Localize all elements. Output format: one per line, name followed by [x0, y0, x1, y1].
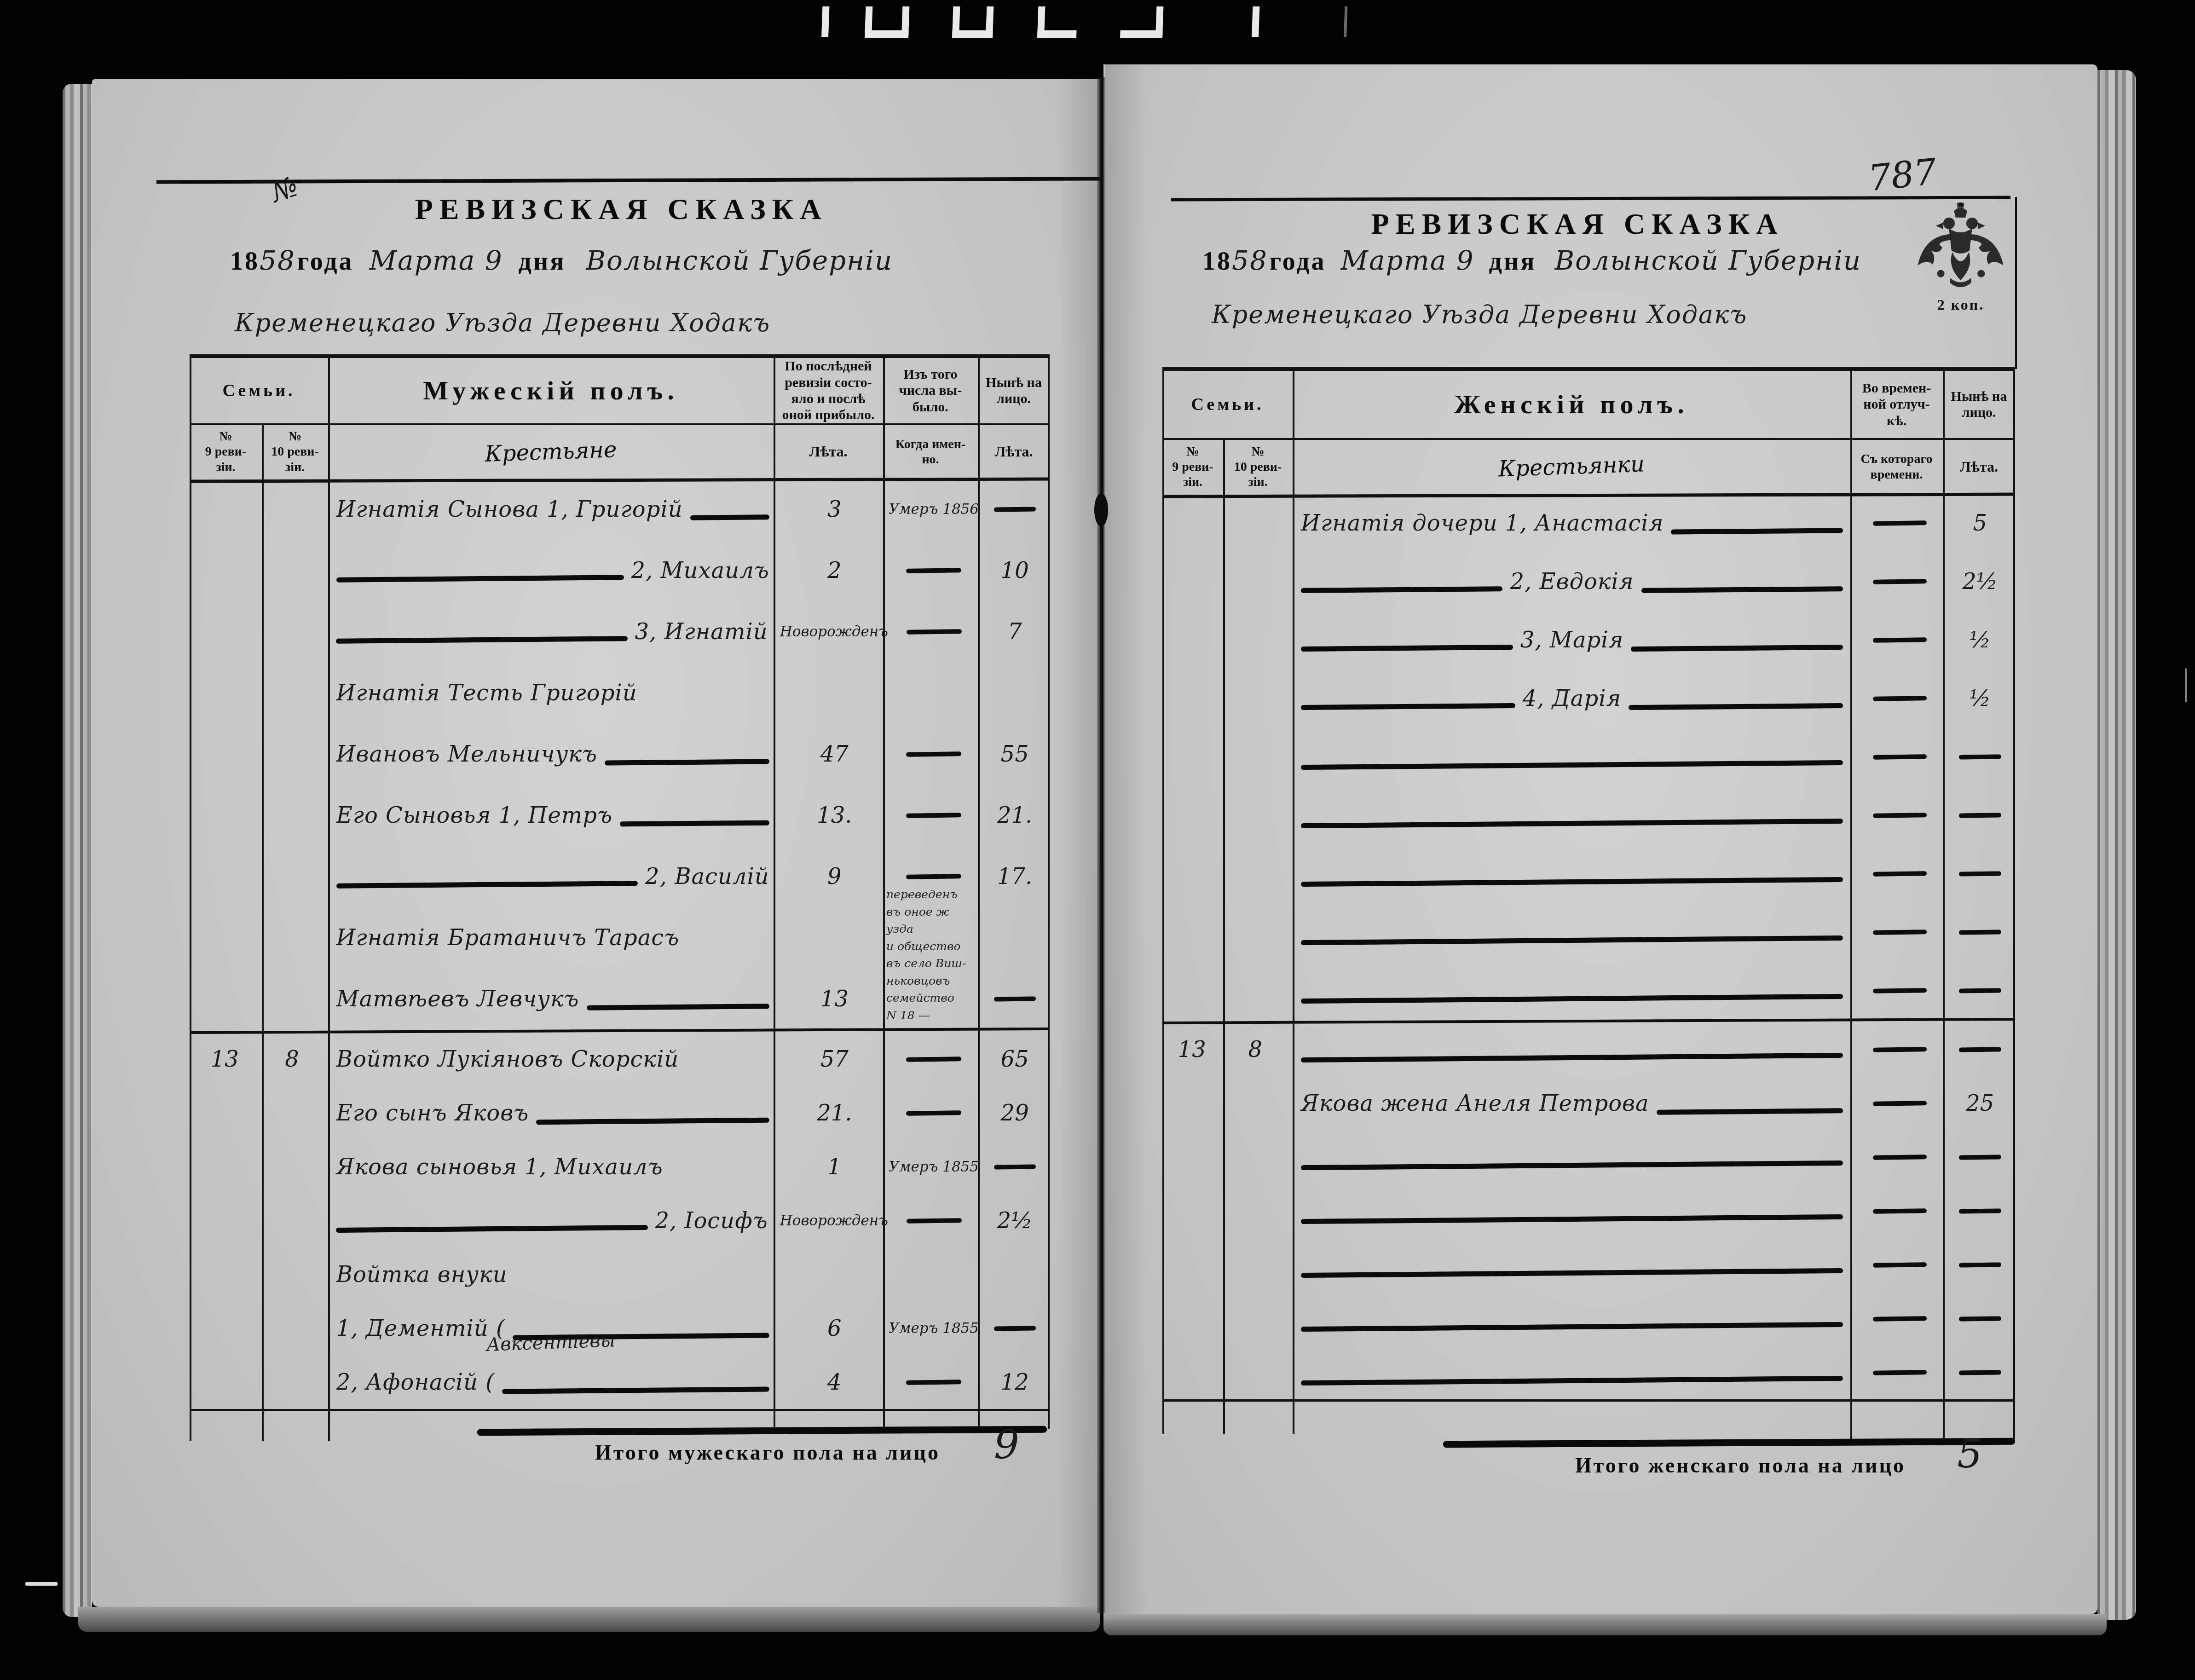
- cell-name: [1289, 1184, 1855, 1238]
- cell-name: [1289, 727, 1855, 786]
- cell-rev9: [190, 1301, 260, 1355]
- book-page-edges-right: [2097, 70, 2136, 1620]
- cell-rev10: [1221, 727, 1289, 786]
- header-absence: Во времен- ной отлуч- кѣ.: [1850, 371, 1943, 438]
- hand-dash: [906, 568, 961, 573]
- value-text: 17.: [997, 864, 1032, 889]
- hand-rule: [502, 1386, 769, 1394]
- cell-age_prev: 13.: [781, 785, 888, 846]
- hand-rule: [690, 514, 769, 520]
- cell-departed: [888, 1194, 980, 1247]
- cell-rev9: [1162, 552, 1221, 611]
- cell-departed: [888, 723, 980, 785]
- name-text: Якова сыновья 1, Михаилъ: [336, 1154, 663, 1180]
- header-rev10: № 10 реви- зіи.: [1223, 440, 1293, 494]
- cell-name: Игнатія дочери 1, Анастасія: [1289, 494, 1855, 552]
- hand-dash: [1873, 1316, 1927, 1322]
- record-row: [1162, 1345, 2015, 1399]
- cell-rev10: [260, 968, 324, 1029]
- printed-day-word: дня: [1489, 247, 1536, 276]
- cell-age_now: [980, 1140, 1050, 1194]
- record-row: [1162, 1130, 2015, 1184]
- header-age-now: Лѣта.: [978, 425, 1050, 479]
- cell-age_prev: [781, 662, 888, 723]
- cell-rev10: [1221, 844, 1289, 903]
- record-row: [1162, 727, 2015, 786]
- right-page: 787 РЕВИЗСКАЯ СКАЗКА 1858 года Марта 9 д…: [1103, 64, 2097, 1614]
- film-counter-digit-segment: [1037, 30, 1077, 38]
- hand-dash: [1873, 1262, 1927, 1268]
- value-text: 13: [211, 1046, 239, 1072]
- hand-rule: [1301, 586, 1503, 593]
- book-page-edges-bottom: [1103, 1614, 2107, 1635]
- cell-departed: Умеръ 1856: [888, 479, 980, 540]
- cell-age_now: ½: [1945, 669, 2015, 727]
- hand-rule: [1641, 586, 1843, 593]
- cell-departed: [888, 1247, 980, 1301]
- cell-since: [1855, 669, 1945, 727]
- cell-rev10: [1221, 1345, 1289, 1399]
- cell-name: Якова жена Анеля Петрова: [1289, 1076, 1855, 1130]
- cell-name: [1289, 1292, 1855, 1345]
- cell-departed: Умеръ 1855: [888, 1140, 980, 1194]
- hand-dash: [1959, 871, 2001, 876]
- hand-dash: [1873, 1208, 1927, 1214]
- record-row: [1162, 1184, 2015, 1238]
- cell-name: [1289, 1022, 1855, 1076]
- table-line: [190, 354, 1050, 358]
- hand-rule: [1301, 1322, 1843, 1332]
- value-text: 25: [1966, 1091, 1994, 1116]
- record-row: Игнатія дочери 1, Анастасія5: [1162, 494, 2015, 552]
- cell-age_now: [1945, 1184, 2015, 1238]
- name-text: 1, Дементій (: [336, 1316, 505, 1341]
- cell-rev10: [1221, 1292, 1289, 1345]
- cell-rev9: [190, 1140, 260, 1194]
- cell-rev9: [190, 1247, 260, 1301]
- value-text: 47: [820, 741, 849, 767]
- cell-age_now: 17.: [980, 846, 1050, 907]
- cell-rev10: [1221, 494, 1289, 552]
- date-line: 1858 года Марта 9 дня Волынской Губерніи: [230, 245, 893, 276]
- header-present: Нынѣ на лицо.: [978, 358, 1050, 423]
- cell-age_prev: 21.: [781, 1086, 888, 1140]
- value-text: 12: [1001, 1369, 1029, 1395]
- male-revision-table: Семьи. Мужескій полъ. По послѣдней ревиз…: [190, 354, 1050, 1409]
- cell-rev10: [1221, 611, 1289, 669]
- hand-dash: [1959, 1370, 2001, 1375]
- hand-rule: [1301, 1214, 1843, 1224]
- cell-age_now: 7: [980, 601, 1050, 662]
- film-counter-digit-segment: [1252, 6, 1259, 37]
- hand-rule: [1301, 760, 1843, 770]
- name-text: Матвѣевъ Левчукъ: [336, 986, 579, 1012]
- hand-rule: [1657, 1108, 1843, 1115]
- cell-departed: [888, 601, 980, 662]
- book-page-edges-bottom: [78, 1607, 1100, 1632]
- cell-rev9: [1162, 1345, 1221, 1399]
- cell-rev10: [1221, 786, 1289, 844]
- cell-age_now: 2½: [1945, 552, 2015, 611]
- header-family: Семьи.: [190, 358, 328, 423]
- hand-dash: [906, 874, 961, 879]
- header-since: Съ котораго времени.: [1850, 440, 1943, 494]
- top-rule: [156, 177, 1100, 184]
- cell-rev10: [1221, 1238, 1289, 1292]
- imperial-eagle-stamp: 2 коп.: [1911, 199, 2010, 305]
- cell-age_prev: 9: [781, 846, 888, 907]
- name-text: 2, Іосифъ: [655, 1208, 768, 1234]
- record-row: 3, ИгнатійНоворожденъ7: [190, 601, 1050, 662]
- cell-since: [1855, 1238, 1945, 1292]
- name-text: Его Сыновья 1, Петръ: [336, 802, 612, 828]
- value-text: 4: [827, 1369, 842, 1395]
- cell-age_prev: 57: [781, 1032, 888, 1086]
- name-text: Якова жена Анеля Петрова: [1301, 1091, 1649, 1116]
- cell-name: 3, Марія: [1289, 611, 1855, 669]
- cell-since: [1855, 961, 1945, 1020]
- total-rule: [1443, 1438, 2015, 1448]
- record-row: Его сынъ Яковъ21.29: [190, 1086, 1050, 1140]
- cell-rev9: [190, 723, 260, 785]
- hand-dash: [1873, 696, 1927, 701]
- written-month-day: Марта 9: [370, 245, 503, 276]
- cell-age_now: 5: [1945, 494, 2015, 552]
- cell-since: [1855, 611, 1945, 669]
- hand-dash: [1873, 1155, 1927, 1160]
- record-row: Его Сыновья 1, Петръ13.21.: [190, 785, 1050, 846]
- value-text: 8: [285, 1046, 299, 1072]
- cell-departed: [888, 540, 980, 601]
- hand-dash: [906, 1056, 961, 1062]
- cell-since: [1855, 786, 1945, 844]
- record-row: Игнатія Тесть Григорій: [190, 662, 1050, 723]
- cell-name: 4, Дарія: [1289, 669, 1855, 727]
- hand-dash: [1873, 1370, 1927, 1375]
- cell-rev9: [1162, 903, 1221, 961]
- record-row: 2, Михаилъ210: [190, 540, 1050, 601]
- record-row: 3, Марія½: [1162, 611, 2015, 669]
- table-line: [1162, 367, 2015, 371]
- hand-dash: [906, 751, 961, 757]
- hand-rule: [336, 1225, 648, 1233]
- cell-rev9: [190, 479, 260, 540]
- value-text: 7: [1008, 619, 1022, 645]
- name-text: Войтко Лукіяновъ Скорскій: [336, 1046, 679, 1072]
- table-line: [1162, 1399, 2015, 1402]
- cell-name: Игнатія Тесть Григорій: [324, 662, 781, 723]
- hand-rule: [336, 636, 628, 644]
- cell-age_now: [1945, 786, 2015, 844]
- header-rev9: № 9 реви- зіи.: [1162, 440, 1223, 494]
- name-text: Ивановъ Мельничукъ: [336, 741, 597, 767]
- cell-rev10: [260, 1086, 324, 1140]
- value-text: 3: [827, 496, 842, 522]
- record-row: [1162, 1238, 2015, 1292]
- cell-age_prev: Новорожденъ: [780, 1194, 888, 1247]
- hand-rule: [1301, 1376, 1843, 1386]
- film-counter-marks: [821, 6, 1361, 43]
- header-age-now: Лѣта.: [1943, 440, 2015, 494]
- hand-dash: [907, 629, 962, 635]
- cell-rev10: [260, 785, 324, 846]
- hand-rule: [1301, 1268, 1843, 1278]
- value-text: 2½: [997, 1208, 1033, 1234]
- cell-age_now: [1945, 1238, 2015, 1292]
- value-text: 55: [1001, 741, 1029, 767]
- cell-name: Ивановъ Мельничукъ: [324, 723, 781, 785]
- printed-year-word: года: [1270, 247, 1326, 276]
- patronymic-bracket-label: Авксентіевы: [486, 1330, 616, 1356]
- cell-rev10: [260, 540, 324, 601]
- location-line: Кременецкаго Уѣзда Деревни Ходакъ: [1212, 300, 1747, 329]
- cell-rev9: [1162, 727, 1221, 786]
- hand-rule: [1301, 994, 1843, 1004]
- transfer-note: переведенъ въ оное ж узда и общество въ …: [886, 886, 978, 1024]
- cell-since: [1855, 494, 1945, 552]
- hand-dash: [1959, 1262, 2001, 1267]
- name-text: 3, Марія: [1520, 627, 1624, 653]
- hand-dash: [1873, 637, 1927, 643]
- cell-rev10: [260, 1301, 324, 1355]
- film-scratch: [25, 1582, 58, 1586]
- hand-rule: [1301, 935, 1843, 945]
- hand-dash: [906, 1110, 961, 1116]
- hand-dash: [1959, 754, 2001, 759]
- header-estate-handwritten: Крестьяне: [327, 417, 774, 486]
- cell-age_now: [980, 968, 1050, 1029]
- cell-since: [1855, 844, 1945, 903]
- cell-rev10: [260, 479, 324, 540]
- cell-rev10: [260, 723, 324, 785]
- header-estate-handwritten: Крестьянки: [1292, 430, 1851, 503]
- hand-dash: [1959, 1208, 2001, 1213]
- hand-dash: [1873, 988, 1927, 993]
- cell-rev10: [260, 1247, 324, 1301]
- hand-dash: [906, 1380, 961, 1385]
- value-text: 9: [827, 864, 842, 889]
- hand-dash: [1959, 1047, 2001, 1052]
- header-age-prev: Лѣта.: [774, 425, 883, 479]
- cell-rev10: [1221, 1184, 1289, 1238]
- cell-rev9: [190, 540, 260, 601]
- value-text: 13: [820, 986, 849, 1012]
- book-gutter: [1094, 493, 1108, 526]
- cell-rev9: [1162, 1184, 1221, 1238]
- value-text: ½: [1969, 686, 1991, 711]
- hand-dash: [1959, 813, 2001, 818]
- written-year: 58: [1232, 245, 1268, 276]
- cell-name: Игнатія Сынова 1, Григорій: [324, 479, 781, 540]
- printed-year-word: года: [297, 247, 354, 276]
- cell-rev10: 8: [260, 1032, 324, 1086]
- value-text: 13: [1178, 1037, 1206, 1062]
- cell-name: [1289, 786, 1855, 844]
- cell-age_prev: 4: [781, 1355, 888, 1409]
- header-rev9: № 9 реви- зіи.: [190, 425, 262, 479]
- hand-rule: [1301, 645, 1513, 652]
- cell-age_prev: [781, 1247, 888, 1301]
- hand-rule: [1301, 877, 1843, 887]
- film-counter-digit-segment: [1120, 30, 1163, 38]
- cell-name: Игнатія Братаничъ Тарасъ: [324, 907, 781, 968]
- cell-age_now: [1945, 844, 2015, 903]
- cell-rev9: [190, 785, 260, 846]
- cell-rev10: [260, 1355, 324, 1409]
- header-male-sex: Мужескій полъ.: [328, 358, 774, 423]
- film-counter-digit-segment: [865, 30, 909, 38]
- record-row: [1162, 961, 2015, 1020]
- cell-name: [1289, 1238, 1855, 1292]
- cell-rev9: [1162, 1076, 1221, 1130]
- cell-rev10: [1221, 1076, 1289, 1130]
- hand-rule: [1671, 528, 1843, 534]
- record-row: Якова жена Анеля Петрова25: [1162, 1076, 2015, 1130]
- cell-age_now: [1945, 961, 2015, 1020]
- cell-rev9: [190, 1355, 260, 1409]
- cell-age_now: 21.: [980, 785, 1050, 846]
- cell-name: Матвѣевъ Левчукъ: [324, 968, 781, 1029]
- hand-rule: [1301, 1160, 1843, 1170]
- cell-since: [1855, 1076, 1945, 1130]
- name-text: 2, Михаилъ: [631, 558, 769, 583]
- written-month-day: Марта 9: [1341, 245, 1474, 276]
- cell-rev9: [190, 662, 260, 723]
- value-text: 8: [1248, 1037, 1262, 1062]
- hand-dash: [1873, 871, 1927, 877]
- hand-rule: [336, 575, 624, 582]
- record-row: [1162, 1292, 2015, 1345]
- cell-age_now: [1945, 903, 2015, 961]
- cell-name: 2, Афонасій (: [324, 1355, 781, 1409]
- gutter-shadow: [1058, 79, 1099, 1607]
- hand-dash: [1873, 1101, 1927, 1106]
- header-departed: Изъ того числа вы- было.: [883, 358, 978, 423]
- cell-rev9: 13: [190, 1032, 260, 1086]
- record-row: Войтка внуки: [190, 1247, 1050, 1301]
- total-value: 9: [994, 1422, 1019, 1468]
- hand-rule: [587, 1004, 769, 1010]
- header-female-sex: Женскій полъ.: [1293, 371, 1850, 438]
- cell-name: [1289, 1130, 1855, 1184]
- hand-dash: [994, 507, 1036, 512]
- value-text: 65: [1001, 1046, 1029, 1072]
- cell-rev10: [260, 1194, 324, 1247]
- hand-rule: [1301, 703, 1515, 710]
- cell-departed: [888, 785, 980, 846]
- cell-name: Войтко Лукіяновъ Скорскій: [324, 1032, 781, 1086]
- cell-age_prev: Новорожденъ: [780, 601, 888, 662]
- hand-rule: [1631, 645, 1843, 652]
- cell-rev9: [1162, 611, 1221, 669]
- stamp-denomination: 2 коп.: [1915, 296, 2007, 313]
- printed-year-prefix: 18: [1202, 247, 1232, 276]
- left-page: № РЕВИЗСКАЯ СКАЗКА 1858 года Марта 9 дня…: [92, 79, 1100, 1607]
- cell-rev9: [190, 1086, 260, 1140]
- name-text: 4, Дарія: [1523, 686, 1622, 711]
- hand-dash: [1873, 929, 1927, 935]
- cell-name: Его Сыновья 1, Петръ: [324, 785, 781, 846]
- record-row: 2, Евдокія2½: [1162, 552, 2015, 611]
- header-rev10: № 10 реви- зіи.: [262, 425, 328, 479]
- cell-name: Войтка внуки: [324, 1247, 781, 1301]
- page-number: 787: [1866, 151, 1939, 199]
- cell-name: 2, Василій: [324, 846, 781, 907]
- cell-name: [1289, 844, 1855, 903]
- cell-rev9: [1162, 1238, 1221, 1292]
- cell-rev9: [1162, 669, 1221, 727]
- cell-age_now: [980, 1247, 1050, 1301]
- cell-departed: [888, 1032, 980, 1086]
- cell-name: Якова сыновья 1, Михаилъ: [324, 1140, 781, 1194]
- name-text: Игнатія Братаничъ Тарасъ: [336, 925, 680, 951]
- cell-rev9: [190, 1194, 260, 1247]
- record-row: Ивановъ Мельничукъ4755: [190, 723, 1050, 785]
- cell-name: [1289, 961, 1855, 1020]
- record-row: 138Войтко Лукіяновъ Скорскій5765: [190, 1032, 1050, 1086]
- cell-since: [1855, 1130, 1945, 1184]
- record-row: [1162, 786, 2015, 844]
- record-row: 138: [1162, 1022, 2015, 1076]
- name-text: 2, Афонасій (: [336, 1369, 495, 1395]
- hand-dash: [1873, 1047, 1927, 1052]
- cell-age_now: 65: [980, 1032, 1050, 1086]
- hand-rule: [1629, 703, 1843, 710]
- record-row: [1162, 844, 2015, 903]
- film-scratch: [2185, 668, 2187, 702]
- film-counter-digit-segment: [952, 30, 993, 38]
- cell-age_prev: 47: [781, 723, 888, 785]
- cell-rev9: [1162, 1292, 1221, 1345]
- cell-since: [1855, 1292, 1945, 1345]
- header-family: Семьи.: [1162, 371, 1293, 438]
- value-text: Умеръ 1855: [889, 1320, 979, 1337]
- cell-rev9: [1162, 961, 1221, 1020]
- hand-dash: [1873, 520, 1927, 526]
- cell-age_now: 10: [980, 540, 1050, 601]
- value-text: 2: [827, 558, 842, 583]
- name-text: Его сынъ Яковъ: [336, 1100, 529, 1126]
- page-title: РЕВИЗСКАЯ СКАЗКА: [1232, 207, 1923, 241]
- cell-departed: [888, 1355, 980, 1409]
- total-label: Итого женскаго пола на лицо: [1501, 1453, 1980, 1478]
- cell-age_now: [980, 1301, 1050, 1355]
- frame-right-line: [2015, 197, 2017, 369]
- hand-dash: [1873, 579, 1927, 584]
- cell-age_prev: 13: [781, 968, 888, 1029]
- page-title: РЕВИЗСКАЯ СКАЗКА: [276, 192, 966, 226]
- hand-dash: [906, 813, 961, 818]
- total-label: Итого мужескаго пола на лицо: [528, 1440, 1007, 1465]
- record-row: 4, Дарія½: [1162, 669, 2015, 727]
- cell-rev9: 13: [1162, 1022, 1221, 1076]
- hand-rule: [336, 881, 638, 889]
- record-row: Игнатія Сынова 1, Григорій3Умеръ 1856: [190, 479, 1050, 540]
- name-text: Игнатія Сынова 1, Григорій: [336, 496, 683, 522]
- written-region: Волынской Губерніи: [1554, 245, 1861, 276]
- film-counter-digit-segment: [821, 6, 829, 37]
- cell-since: [1855, 1345, 1945, 1399]
- value-text: 21.: [997, 802, 1032, 828]
- cell-age_now: ½: [1945, 611, 2015, 669]
- name-text: Игнатія Тесть Григорій: [336, 680, 637, 706]
- cell-age_prev: 3: [781, 479, 888, 540]
- cell-age_now: 55: [980, 723, 1050, 785]
- hand-dash: [1959, 1155, 2001, 1160]
- record-row: 1, Дементій (6Умеръ 1855: [190, 1301, 1050, 1355]
- cell-rev9: [1162, 1130, 1221, 1184]
- cell-rev10: [1221, 669, 1289, 727]
